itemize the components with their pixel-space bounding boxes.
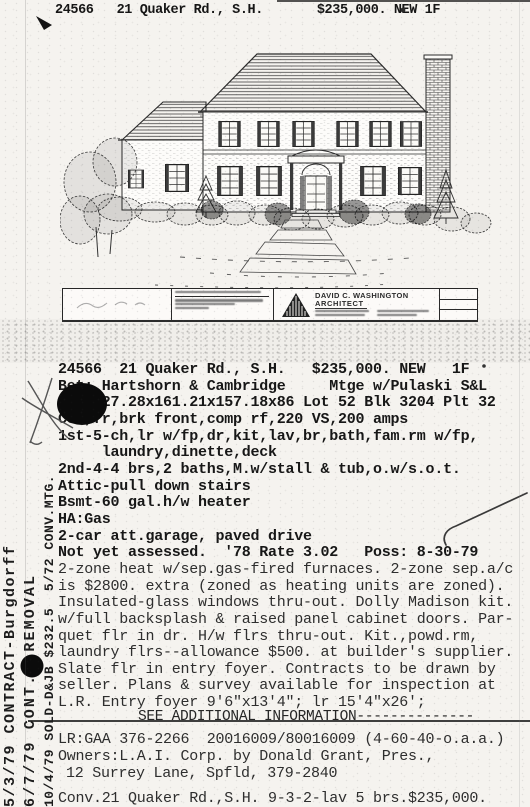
listing-line: Bet: Hartshorn & Cambridge Mtge w/Pulask… [58, 379, 513, 396]
firm-address-block [315, 310, 369, 316]
scanned-listing-sheet: 24566 21 Quaker Rd., S.H. $235,000. NEW … [0, 0, 530, 807]
listing-line: Lot 127.28x161.21x157.18x86 Lot 52 Blk 3… [58, 395, 513, 412]
banner-signature-scribble [71, 295, 166, 315]
listing-line: 2-zone heat w/sep.gas-fired furnaces. 2-… [58, 562, 513, 579]
listing-line: Bsmt-60 gal.h/w heater [58, 495, 513, 512]
listing-line: Insulated-glass windows thru-out. Dolly … [58, 595, 513, 612]
listing-line: seller. Plans & survey available for ins… [58, 678, 513, 695]
owners-line: Owners:L.A.I. Corp. by Donald Grant, Pre… [58, 748, 434, 765]
banner-row-divider [439, 299, 477, 300]
listing-line: laundry flrs--allowance $500. at builder… [58, 645, 513, 662]
listing-line: 2-car att.garage, paved drive [58, 529, 513, 546]
house-illustration [60, 42, 530, 288]
banner-divider [171, 289, 172, 320]
scan-noise-band [0, 319, 530, 363]
owner-address-line: 12 Surrey Lane, Spfld, 379-2840 [66, 765, 337, 782]
banner-fineprint-block [175, 291, 269, 309]
listing-line: Attic-pull down stairs [58, 479, 513, 496]
banner-firm-cell: DAVID C. WASHINGTON ARCHITECT [275, 289, 439, 320]
listing-line: 1st-5-ch,lr w/fp,dr,kit,lav,br,bath,fam.… [58, 429, 513, 446]
listing-line: Col,fr,brk front,comp rf,220 VS,200 amps [58, 412, 513, 429]
listing-line: laundry,dinette,deck [58, 445, 513, 462]
banner-divider [439, 289, 440, 320]
scan-edge-line [277, 0, 530, 2]
conversion-line: Conv.21 Quaker Rd.,S.H. 9-3-2-lav 5 brs.… [58, 790, 487, 807]
header-line: 24566 21 Quaker Rd., S.H. $235,000. NEW … [55, 3, 440, 18]
margin-note-contract: 5/3/79 CONTRACT-Burgdorff [2, 542, 20, 807]
section-divider-rule [28, 720, 530, 722]
listing-title-line: 24566 21 Quaker Rd., S.H. $235,000. NEW … [58, 362, 513, 379]
firm-phone-block [377, 310, 429, 316]
listing-line: w/full backsplash & raised panel cabinet… [58, 612, 513, 629]
architect-logo-icon [281, 292, 311, 318]
see-additional-information: SEE ADDITIONAL INFORMATION-------------- [138, 709, 474, 725]
margin-note-sold: 10/4/79 SOLD-D&JB $232.5 5/72 CONV.MTG. [42, 475, 58, 807]
listing-line: quet flr in dr. H/w flrs thru-out. Kit.,… [58, 629, 513, 646]
banner-row-divider [439, 309, 477, 310]
listing-line: 2nd-4-4 brs,2 baths,M.w/stall & tub,o.w/… [58, 462, 513, 479]
listing-text-block: 24566 21 Quaker Rd., S.H. $235,000. NEW … [58, 362, 513, 712]
listing-line: Not yet assessed. '78 Rate 3.02 Poss: 8-… [58, 545, 513, 562]
pen-arrow-mark [36, 16, 52, 30]
listing-agent-line: LR:GAA 376-2266 20016009/80016009 (4-60-… [58, 731, 504, 748]
listing-line: HA:Gas [58, 512, 513, 529]
listing-line: is $2800. extra (zoned as heating units … [58, 579, 513, 596]
margin-note-contract-removal: 6/7/79 CONT. REMOVAL [22, 555, 40, 807]
architect-banner: DAVID C. WASHINGTON ARCHITECT [62, 288, 478, 322]
listing-line: Slate flr in entry foyer. Contracts to b… [58, 662, 513, 679]
